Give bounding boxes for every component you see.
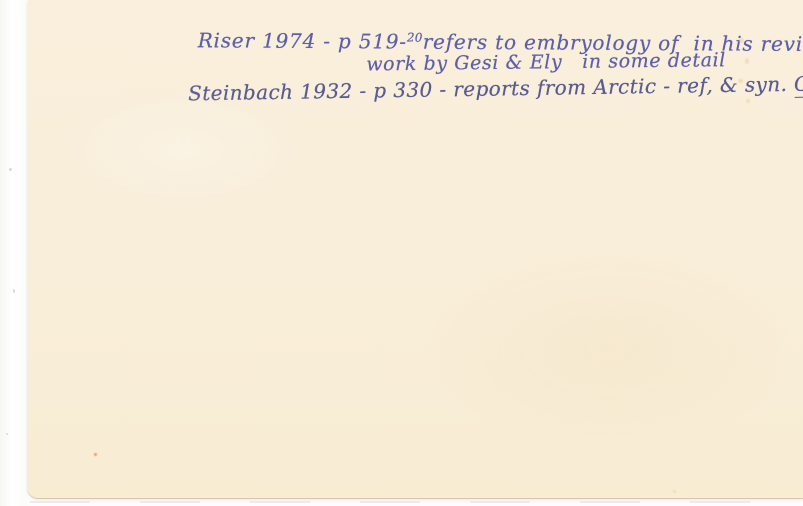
paper-stain (94, 453, 97, 456)
paper-stain (745, 58, 749, 64)
scan-speck (6, 433, 8, 435)
scanned-page: Riser 1974 - p 519-20refers to embryolog… (0, 0, 803, 506)
species-name-underlined: C. fontinalis (794, 70, 803, 98)
card-bottom-edge-shadow (30, 501, 800, 503)
paper-stain (746, 99, 750, 103)
scan-speck (13, 289, 15, 293)
scan-left-margin (0, 0, 27, 506)
index-card: Riser 1974 - p 519-20refers to embryolog… (27, 0, 803, 498)
scan-speck (9, 168, 12, 171)
handwritten-line-3: Steinbach 1932 - p 330 - reports from Ar… (147, 46, 803, 130)
line3-citation: Steinbach 1932 - p 330 - reports from Ar… (188, 72, 794, 106)
paper-stain (738, 79, 743, 83)
paper-stain (739, 38, 744, 43)
paper-stain (673, 490, 676, 493)
